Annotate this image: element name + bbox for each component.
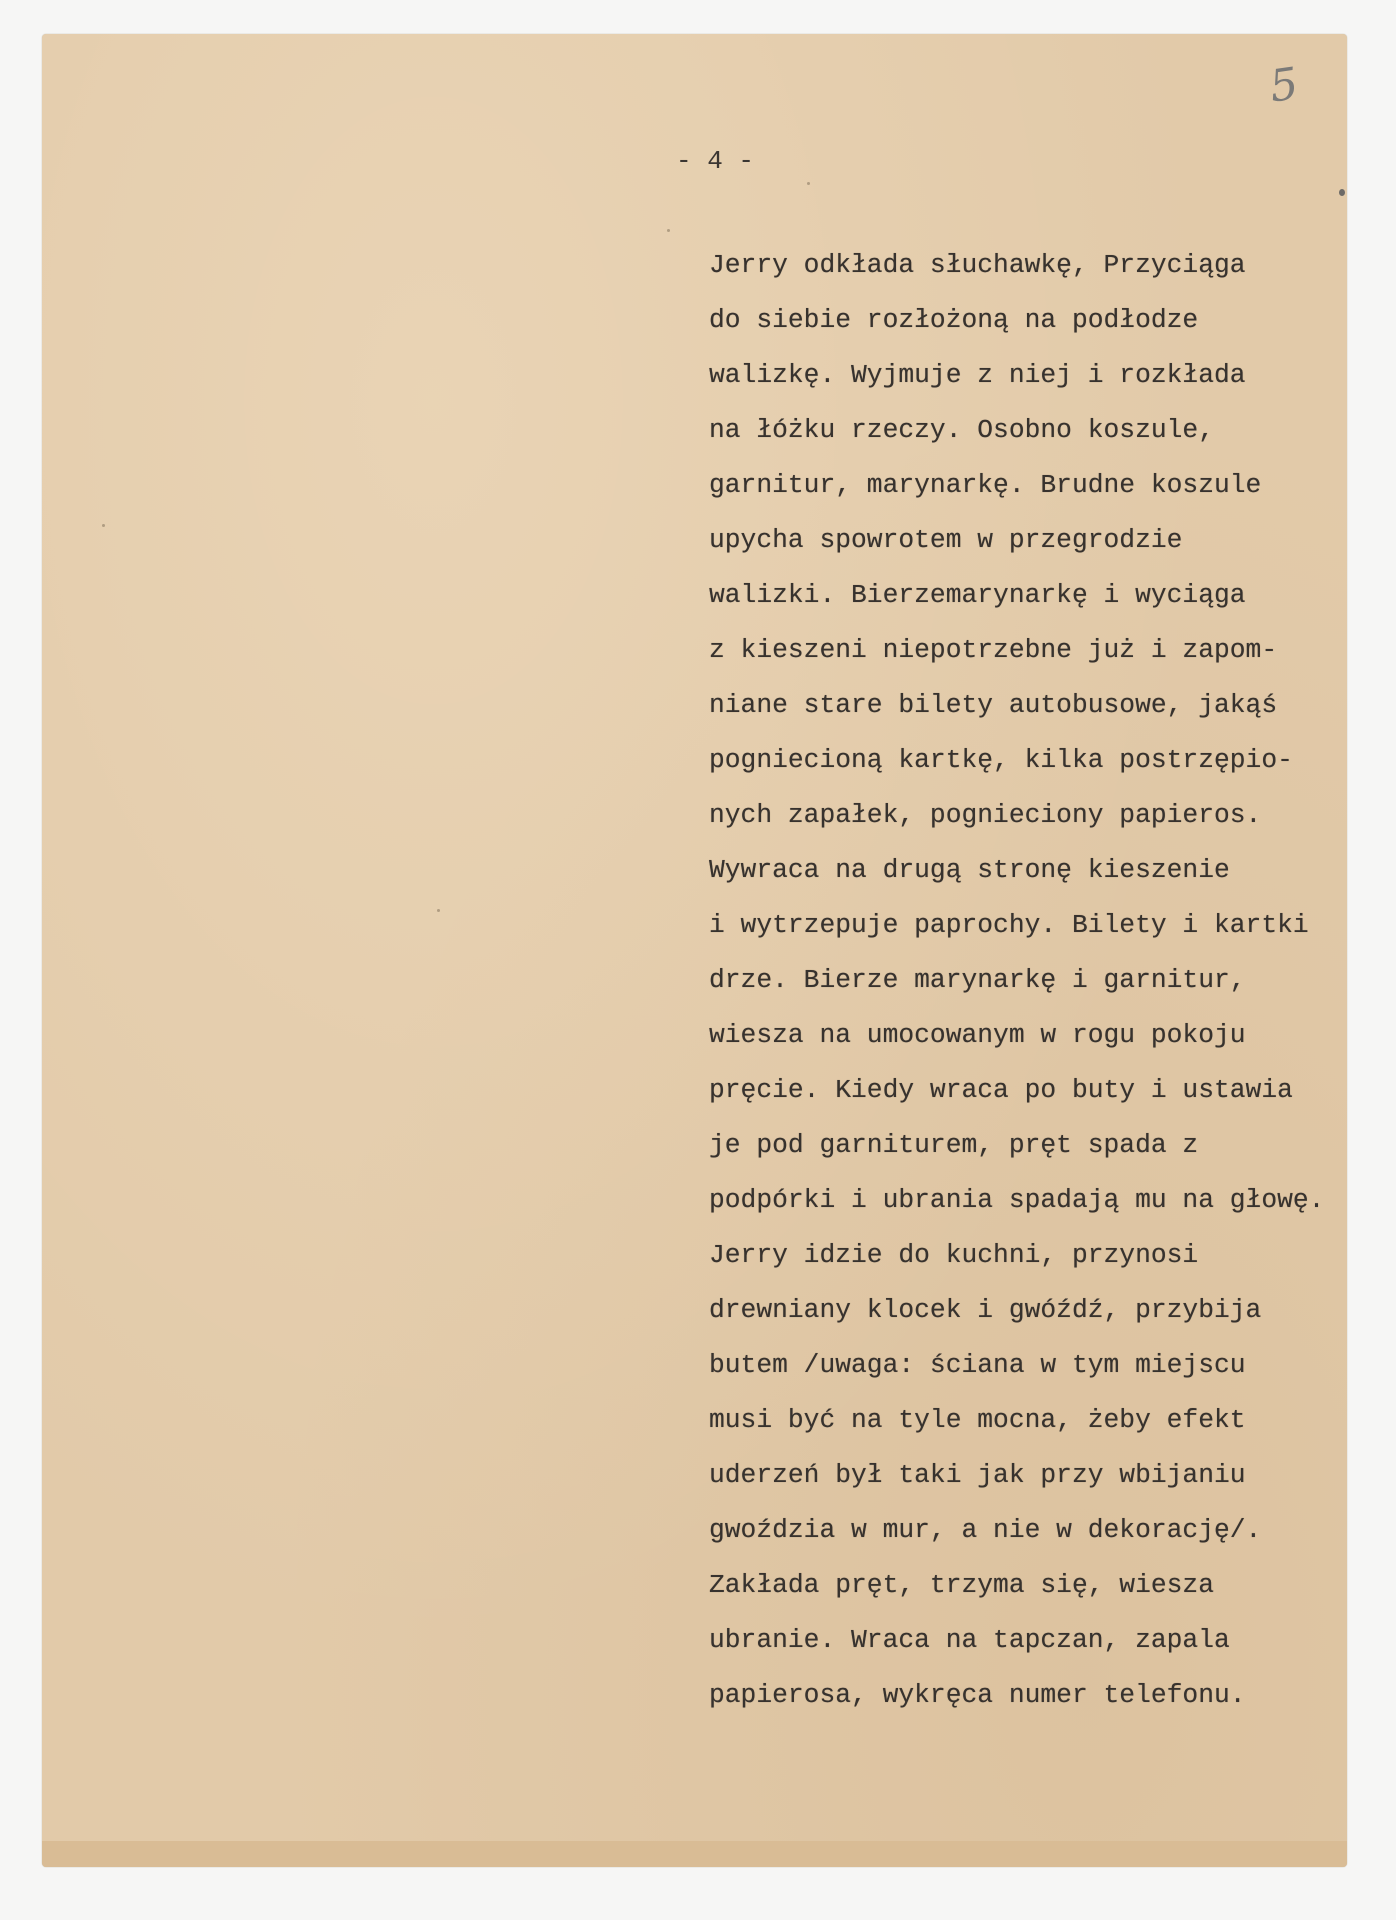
- punch-hole-mark: [1339, 189, 1345, 196]
- text-line: walizki. Bierzemarynarkę i wyciąga: [709, 568, 1324, 623]
- text-line: Zakłada pręt, trzyma się, wiesza: [709, 1558, 1324, 1613]
- text-line: musi być na tyle mocna, żeby efekt: [709, 1393, 1324, 1448]
- text-line: upycha spowrotem w przegrodzie: [709, 513, 1324, 568]
- text-line: Jerry odkłada słuchawkę, Przyciąga: [709, 238, 1324, 293]
- text-line: garnitur, marynarkę. Brudne koszule: [709, 458, 1324, 513]
- typewritten-page: 5 - 4 - Jerry odkłada słuchawkę, Przycią…: [42, 34, 1347, 1867]
- typewritten-text-block: Jerry odkłada słuchawkę, Przyciąga do si…: [709, 238, 1324, 1723]
- text-line: drze. Bierze marynarkę i garnitur,: [709, 953, 1324, 1008]
- paper-speck: [807, 182, 810, 185]
- page-number: - 4 -: [676, 146, 754, 176]
- text-line: niane stare bilety autobusowe, jakąś: [709, 678, 1324, 733]
- text-line: Wywraca na drugą stronę kieszenie: [709, 843, 1324, 898]
- pencil-page-annotation: 5: [1267, 58, 1302, 112]
- text-line: podpórki i ubrania spadają mu na głowę.: [709, 1173, 1324, 1228]
- text-line: ubranie. Wraca na tapczan, zapala: [709, 1613, 1324, 1668]
- text-line: papierosa, wykręca numer telefonu.: [709, 1668, 1324, 1723]
- paper-speck: [437, 909, 440, 912]
- text-line: uderzeń był taki jak przy wbijaniu: [709, 1448, 1324, 1503]
- text-line: drewniany klocek i gwóźdź, przybija: [709, 1283, 1324, 1338]
- text-line: wiesza na umocowanym w rogu pokoju: [709, 1008, 1324, 1063]
- paper-speck: [102, 524, 105, 527]
- text-line: butem /uwaga: ściana w tym miejscu: [709, 1338, 1324, 1393]
- text-line: je pod garniturem, pręt spada z: [709, 1118, 1324, 1173]
- text-line: Jerry idzie do kuchni, przynosi: [709, 1228, 1324, 1283]
- text-line: walizkę. Wyjmuje z niej i rozkłada: [709, 348, 1324, 403]
- paper-bottom-edge-band: [42, 1841, 1347, 1867]
- text-line: gwoździa w mur, a nie w dekorację/.: [709, 1503, 1324, 1558]
- text-line: na łóżku rzeczy. Osobno koszule,: [709, 403, 1324, 458]
- text-line: pręcie. Kiedy wraca po buty i ustawia: [709, 1063, 1324, 1118]
- paper-speck: [667, 229, 670, 232]
- text-line: z kieszeni niepotrzebne już i zapom-: [709, 623, 1324, 678]
- text-line: do siebie rozłożoną na podłodze: [709, 293, 1324, 348]
- text-line: pogniecioną kartkę, kilka postrzępio-: [709, 733, 1324, 788]
- text-line: nych zapałek, pognieciony papieros.: [709, 788, 1324, 843]
- text-line: i wytrzepuje paprochy. Bilety i kartki: [709, 898, 1324, 953]
